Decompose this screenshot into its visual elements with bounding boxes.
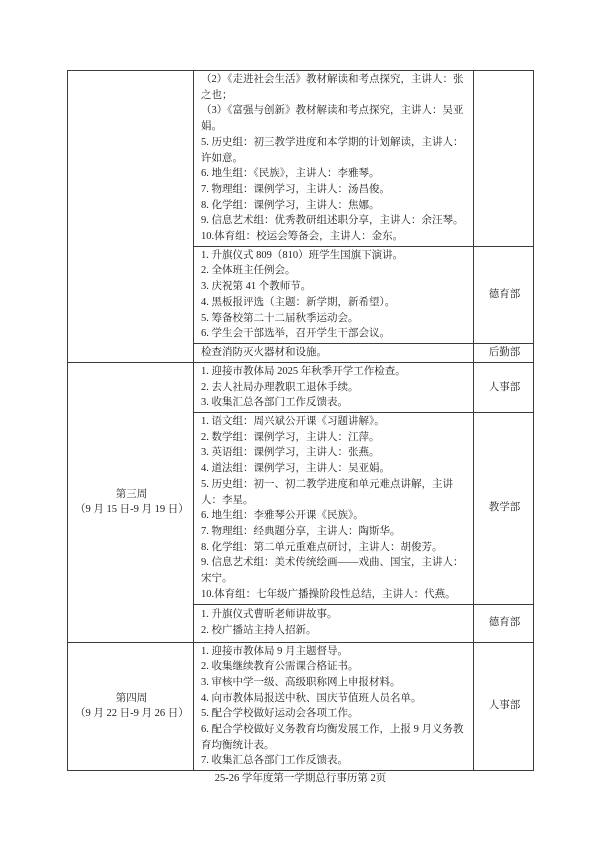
table-row: （2）《走进社会生活》教材解读和考点探究，主讲人：张之也；（3）《富强与创新》教…: [68, 71, 534, 247]
content-item: 检查消防灭火器材和设施。: [201, 345, 468, 361]
dept-cell: 德育部: [474, 604, 534, 642]
schedule-table: （2）《走进社会生活》教材解读和考点探究，主讲人：张之也；（3）《富强与创新》教…: [67, 70, 534, 771]
dept-cell: [474, 71, 534, 247]
content-item: （2）《走进社会生活》教材解读和考点探究，主讲人：张之也；: [201, 72, 468, 103]
content-item: 1. 迎接市教体局 9 月主题督导。: [201, 644, 468, 660]
week-dates: （9 月 15 日-9 月 19 日）: [75, 502, 188, 518]
content-item: 1. 升旗仪式 809（810）班学生国旗下演讲。: [201, 248, 468, 264]
content-item: 3. 庆祝第 41 个教师节。: [201, 279, 468, 295]
content-item: 4. 向市教体局报送中秋、国庆节值班人员名单。: [201, 691, 468, 707]
document-page: { "footer": "25-26 学年度第一学期总行事历第 2页", "ta…: [0, 0, 601, 850]
content-item: 3. 收集汇总各部门工作反馈表。: [201, 395, 468, 411]
content-item: 7. 物理组：经典题分享，主讲人：陶斯华。: [201, 524, 468, 540]
content-item: 8. 化学组：课例学习，主讲人：焦娜。: [201, 198, 468, 214]
content-item: 2. 数学组：课例学习，主讲人：江萍。: [201, 430, 468, 446]
content-item: 6. 学生会干部选举，召开学生干部会议。: [201, 326, 468, 342]
content-item: （3）《富强与创新》教材解读和考点探究，主讲人：吴亚娟。: [201, 103, 468, 134]
content-item: 4. 道法组：课例学习，主讲人：吴亚娟。: [201, 461, 468, 477]
content-cell: 1. 语文组：周兴斌公开课《习题讲解》。2. 数学组：课例学习，主讲人：江萍。3…: [194, 413, 474, 604]
week-cell: [68, 71, 194, 363]
content-cell: 1. 升旗仪式曹昕老师讲故事。2. 校广播站主持人招新。: [194, 604, 474, 642]
table-row: 第三周 （9 月 15 日-9 月 19 日） 1. 迎接市教体局 2025 年…: [68, 362, 534, 412]
dept-cell: 后勤部: [474, 343, 534, 362]
content-item: 3. 英语组：课例学习，主讲人：张燕。: [201, 445, 468, 461]
content-item: 5. 历史组：初一、初二教学进度和单元难点讲解，主讲人：李星。: [201, 477, 468, 508]
content-item: 5. 筹备校第二十二届秋季运动会。: [201, 311, 468, 327]
content-item: 1. 语文组：周兴斌公开课《习题讲解》。: [201, 414, 468, 430]
content-item: 3. 审核中学一级、高级职称网上申报材料。: [201, 675, 468, 691]
content-item: 2. 校广播站主持人招新。: [201, 623, 468, 639]
content-item: 6. 地生组：《民族》，主讲人：李雅琴。: [201, 166, 468, 182]
content-item: 7. 收集汇总各部门工作反馈表。: [201, 753, 468, 769]
dept-cell: 教学部: [474, 413, 534, 604]
content-item: 1. 迎接市教体局 2025 年秋季开学工作检查。: [201, 364, 468, 380]
content-item: 6. 地生组：李雅琴公开课《民族》。: [201, 508, 468, 524]
dept-cell: 人事部: [474, 362, 534, 412]
content-cell: 检查消防灭火器材和设施。: [194, 343, 474, 362]
content-item: 6. 配合学校做好义务教育均衡发展工作，上报 9 月义务教育均衡统计表。: [201, 722, 468, 753]
week-dates: （9 月 22 日-9 月 26 日）: [75, 706, 188, 722]
content-item: 4. 黑板报评选（主题：新学期，新希望）。: [201, 295, 468, 311]
content-item: 5. 配合学校做好运动会各项工作。: [201, 706, 468, 722]
content-item: 9. 信息艺术组：美术传统绘画——戏曲、国宝，主讲人：宋宁。: [201, 555, 468, 586]
dept-cell: 人事部: [474, 642, 534, 771]
content-cell: 1. 迎接市教体局 2025 年秋季开学工作检查。2. 去人社局办理教职工退休手…: [194, 362, 474, 412]
content-cell: （2）《走进社会生活》教材解读和考点探究，主讲人：张之也；（3）《富强与创新》教…: [194, 71, 474, 247]
content-item: 2. 去人社局办理教职工退休手续。: [201, 380, 468, 396]
content-item: 8. 化学组：第二单元重难点研讨，主讲人：胡俊芳。: [201, 540, 468, 556]
week-label: 第四周: [75, 691, 188, 707]
week-cell: 第四周 （9 月 22 日-9 月 26 日）: [68, 642, 194, 771]
content-cell: 1. 升旗仪式 809（810）班学生国旗下演讲。2. 全体班主任例会。3. 庆…: [194, 246, 474, 343]
content-item: 1. 升旗仪式曹昕老师讲故事。: [201, 607, 468, 623]
content-item: 5. 历史组：初三教学进度和本学期的计划解读，主讲人：许如意。: [201, 135, 468, 166]
content-item: 7. 物理组：课例学习，主讲人：汤昌俊。: [201, 182, 468, 198]
page-footer: 25-26 学年度第一学期总行事历第 2页: [0, 771, 601, 786]
content-item: 2. 全体班主任例会。: [201, 263, 468, 279]
week-label: 第三周: [75, 487, 188, 503]
content-item: 10.体育组：校运会筹备会，主讲人：金东。: [201, 229, 468, 245]
content-item: 9. 信息艺术组：优秀教研组述职分享，主讲人：余汪琴。: [201, 213, 468, 229]
content-item: 2. 收集继续教育公需课合格证书。: [201, 659, 468, 675]
week-cell: 第三周 （9 月 15 日-9 月 19 日）: [68, 362, 194, 642]
content-item: 10.体育组：七年级广播操阶段性总结，主讲人：代燕。: [201, 587, 468, 603]
dept-cell: 德育部: [474, 246, 534, 343]
content-cell: 1. 迎接市教体局 9 月主题督导。2. 收集继续教育公需课合格证书。3. 审核…: [194, 642, 474, 771]
table-row: 第四周 （9 月 22 日-9 月 26 日） 1. 迎接市教体局 9 月主题督…: [68, 642, 534, 771]
